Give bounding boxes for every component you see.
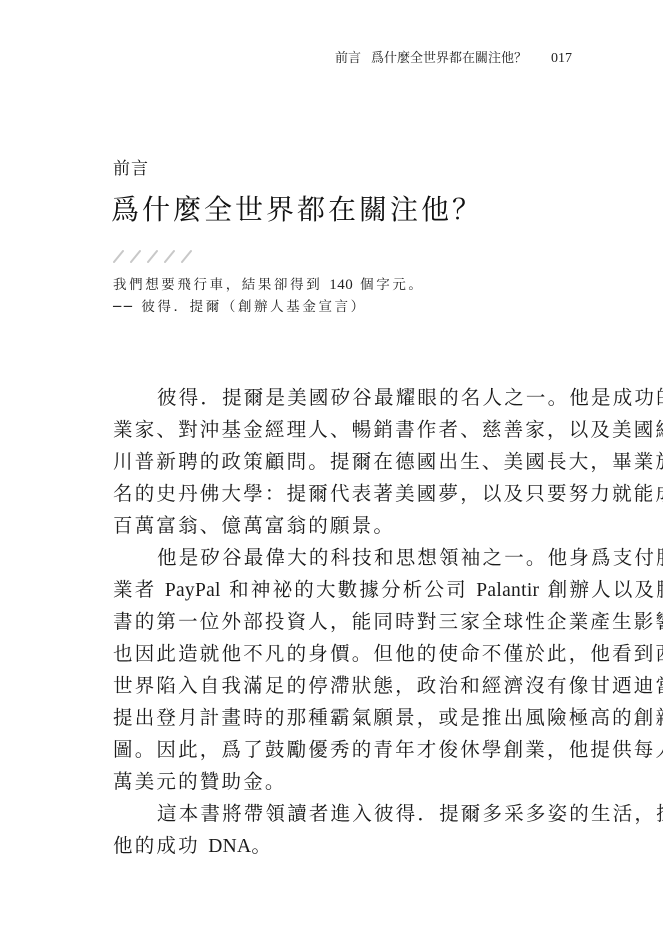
- chapter-label: 前言: [113, 158, 149, 180]
- page-number: 017: [551, 49, 572, 69]
- running-header-section: 前言: [335, 51, 361, 66]
- epigraph: 我們想要飛行車，結果卻得到 140 個字元。 ── 彼得．提爾（創辦人基金宣言）: [113, 274, 425, 318]
- body-line: 業者 PayPal 和神祕的大數據分析公司 Palantir 創辦人以及臉: [113, 574, 583, 606]
- epigraph-attribution: ── 彼得．提爾（創辦人基金宣言）: [113, 296, 425, 318]
- epigraph-quote: 我們想要飛行車，結果卻得到 140 個字元。: [113, 274, 425, 296]
- body-line: 彼得．提爾是美國矽谷最耀眼的名人之一。他是成功的企: [113, 382, 583, 414]
- chapter-title: 爲什麼全世界都在關注他？: [111, 190, 483, 230]
- body-line: 他的成功 DNA。: [113, 830, 583, 862]
- slashes-divider-icon: [112, 248, 202, 264]
- epigraph-quote-number: 140: [329, 277, 353, 293]
- body-line: 百萬富翁、億萬富翁的願景。: [113, 510, 583, 542]
- body-line: 業家、對沖基金經理人、暢銷書作者、慈善家，以及美國總統: [113, 414, 583, 446]
- body-text-segment: 和神祕的大數據分析公司: [221, 578, 477, 601]
- body-line: 川普新聘的政策顧問。提爾在德國出生、美國長大，畢業於知: [113, 446, 583, 478]
- body-line: 萬美元的贊助金。: [113, 766, 583, 798]
- body-line: 他是矽谷最偉大的科技和思想領袖之一。他身爲支付服務: [113, 542, 583, 574]
- body-text-segment: 他的成功: [113, 834, 208, 857]
- body-line: 名的史丹佛大學：提爾代表著美國夢，以及只要努力就能成爲: [113, 478, 583, 510]
- body-latin-paypal: PayPal: [165, 580, 221, 601]
- body-line: 書的第一位外部投資人，能同時對三家全球性企業產生影響，: [113, 606, 583, 638]
- body-line: 世界陷入自我滿足的停滯狀態，政治和經濟沒有像甘迺迪當年: [113, 670, 583, 702]
- body-text-segment: 創辦人以及臉: [539, 578, 663, 601]
- body-text-segment: 業者: [113, 578, 165, 601]
- epigraph-quote-text-end: 個字元。: [360, 277, 424, 293]
- running-header-title: 爲什麼全世界都在關注他？: [371, 51, 527, 66]
- body-line: 提出登月計畫時的那種霸氣願景，或是推出風險極高的創新藍: [113, 702, 583, 734]
- epigraph-quote-text: 我們想要飛行車，結果卻得到: [113, 277, 322, 293]
- body-line: 圖。因此，爲了鼓勵優秀的青年才俊休學創業，他提供每人 10: [113, 734, 583, 766]
- running-header: 前言爲什麼全世界都在關注他？017: [0, 49, 572, 69]
- body-text-segment: 。: [251, 834, 273, 857]
- body-text-segment: 圖。因此，爲了鼓勵優秀的青年才俊休學創業，他提供每人: [113, 738, 663, 761]
- body-line: 也因此造就他不凡的身價。但他的使命不僅於此，他看到西方: [113, 638, 583, 670]
- body-latin-dna: DNA: [208, 836, 251, 857]
- body-text: 彼得．提爾是美國矽谷最耀眼的名人之一。他是成功的企 業家、對沖基金經理人、暢銷書…: [113, 382, 583, 862]
- body-line: 這本書將帶領讀者進入彼得．提爾多采多姿的生活，探尋: [113, 798, 583, 830]
- body-latin-palantir: Palantir: [476, 580, 539, 601]
